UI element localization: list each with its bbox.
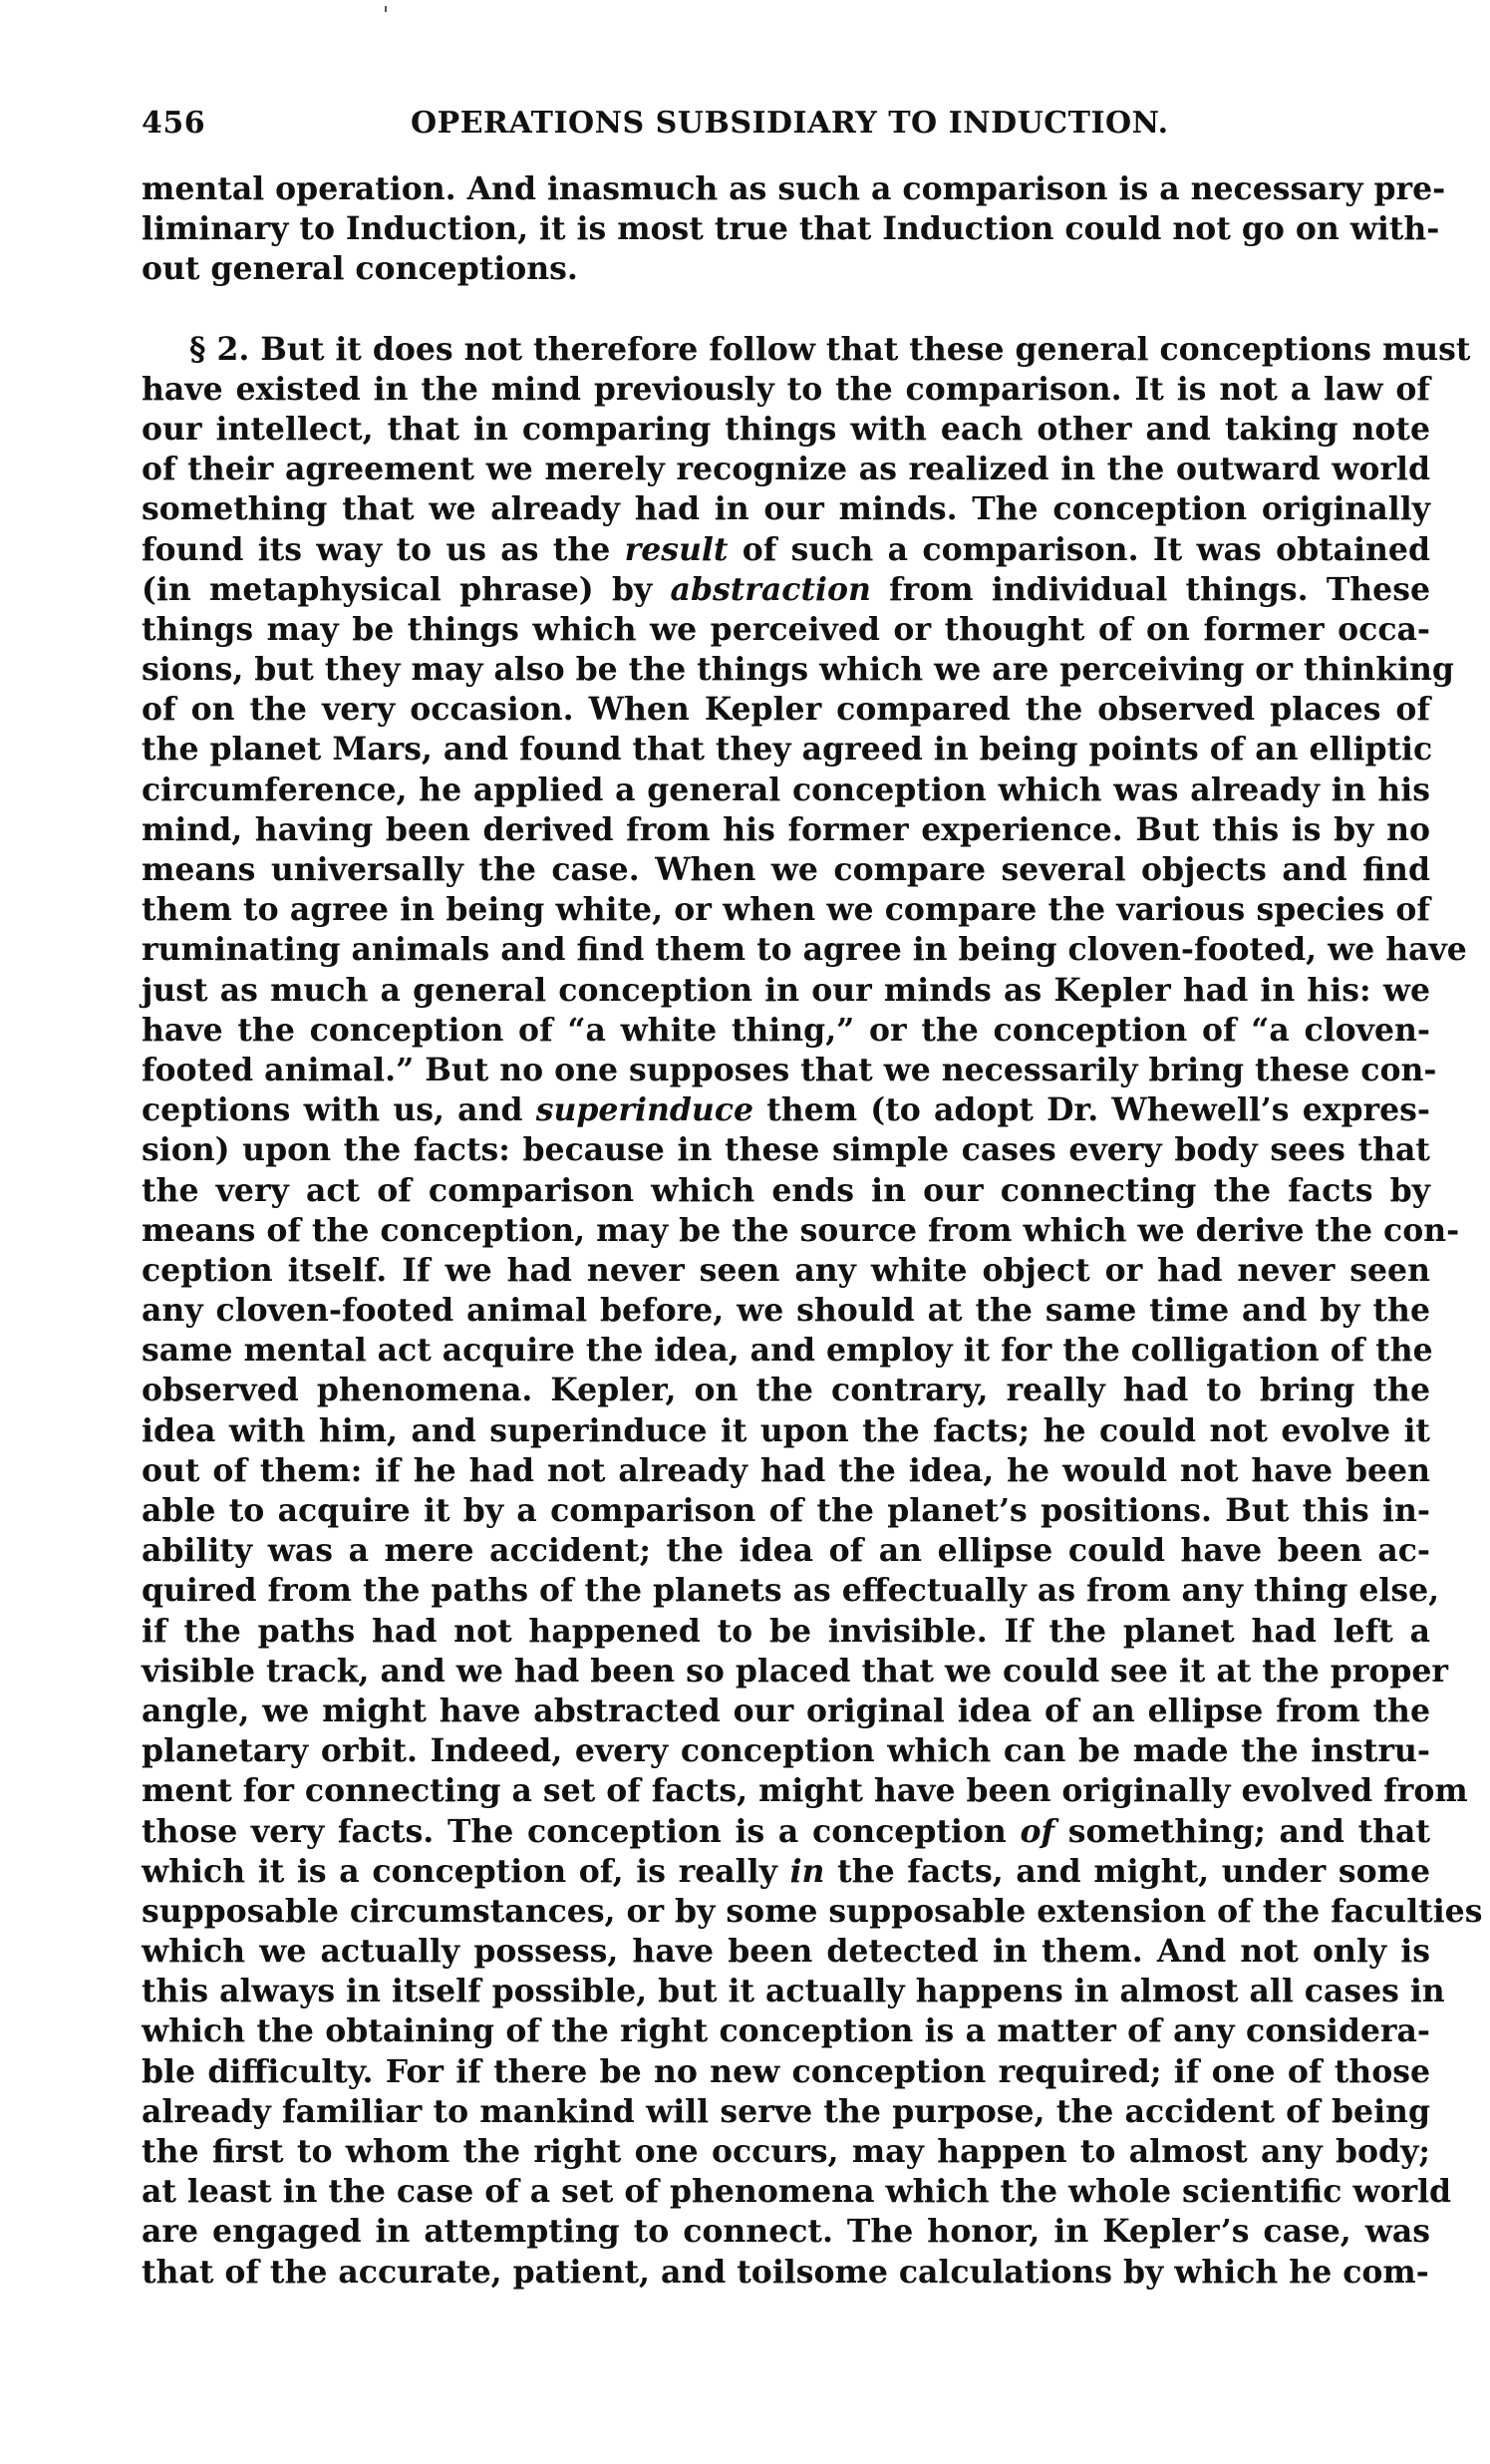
text-line: this always in itself possible, but it a… (142, 1972, 1430, 2011)
text-line: the planet Mars, and found that they agr… (142, 730, 1430, 770)
text-line: which we actually possess, have been det… (142, 1932, 1430, 1972)
italic-emphasis: of (1021, 1813, 1055, 1850)
text-line: visible track, and we had been so placed… (142, 1652, 1430, 1692)
text-line: already familiar to mankind will serve t… (142, 2092, 1430, 2132)
text-line: means universally the case. When we comp… (142, 850, 1430, 890)
text-line: quired from the paths of the planets as … (142, 1571, 1430, 1611)
text-line: are engaged in attempting to connect. Th… (142, 2212, 1430, 2252)
text-line: angle, we might have abstracted our orig… (142, 1692, 1430, 1731)
text-line: ceptions with us, and superinduce them (… (142, 1090, 1430, 1130)
running-title: OPERATIONS SUBSIDIARY TO INDUCTION. (411, 106, 1169, 141)
text-line: just as much a general conception in our… (142, 971, 1430, 1011)
text-line: supposable circumstances, or by some sup… (142, 1892, 1430, 1932)
text-line: ble difficulty. For if there be no new c… (142, 2052, 1430, 2092)
text-line: able to acquire it by a comparison of th… (142, 1491, 1430, 1531)
text-line: circumference, he applied a general conc… (142, 770, 1430, 810)
italic-emphasis: in (790, 1853, 825, 1890)
text-line: out general conceptions. (142, 249, 1430, 289)
text-line: which the obtaining of the right concept… (142, 2011, 1430, 2051)
text-line: that of the accurate, patient, and toils… (142, 2253, 1430, 2293)
text-line: any cloven-footed animal before, we shou… (142, 1291, 1430, 1331)
text-line: have the conception of “a white thing,” … (142, 1011, 1430, 1051)
text-line: mind, having been derived from his forme… (142, 810, 1430, 850)
text-line: observed phenomena. Kepler, on the contr… (142, 1371, 1430, 1410)
text-line: at least in the case of a set of phenome… (142, 2172, 1430, 2212)
text-line: mental operation. And inasmuch as such a… (142, 169, 1430, 209)
italic-emphasis: result (625, 531, 729, 568)
text-line: of on the very occasion. When Kepler com… (142, 690, 1430, 730)
text-line: the first to whom the right one occurs, … (142, 2132, 1430, 2172)
text-line: (in metaphysical phrase) by abstraction … (142, 570, 1430, 610)
text-line: ruminating animals and find them to agre… (142, 930, 1430, 970)
text-line: planetary orbit. Indeed, every conceptio… (142, 1731, 1430, 1771)
text-line: those very facts. The conception is a co… (142, 1812, 1430, 1852)
text-line: § 2. But it does not therefore follow th… (142, 330, 1430, 370)
paragraph-section-2: § 2. But it does not therefore follow th… (142, 330, 1430, 2293)
text-line: out of them: if he had not already had t… (142, 1451, 1430, 1491)
text-line: have existed in the mind previously to t… (142, 370, 1430, 410)
page-number: 456 (142, 106, 205, 141)
italic-emphasis: superinduce (536, 1091, 753, 1128)
text-line: liminary to Induction, it is most true t… (142, 209, 1430, 249)
page-body: mental operation. And inasmuch as such a… (142, 169, 1430, 2293)
text-line: the very act of comparison which ends in… (142, 1171, 1430, 1211)
text-line: found its way to us as the result of suc… (142, 530, 1430, 570)
text-line: ability was a mere accident; the idea of… (142, 1531, 1430, 1571)
text-line: sions, but they may also be the things w… (142, 650, 1430, 690)
scan-speck (385, 6, 387, 12)
text-line: ception itself. If we had never seen any… (142, 1251, 1430, 1291)
text-line: idea with him, and superinduce it upon t… (142, 1411, 1430, 1451)
text-line: footed animal.” But no one supposes that… (142, 1051, 1430, 1090)
text-line: them to agree in being white, or when we… (142, 890, 1430, 930)
text-line: if the paths had not happened to be invi… (142, 1612, 1430, 1652)
text-line: means of the conception, may be the sour… (142, 1211, 1430, 1251)
book-page: 456 OPERATIONS SUBSIDIARY TO INDUCTION. … (0, 0, 1490, 2464)
paragraph-continued: mental operation. And inasmuch as such a… (142, 169, 1430, 290)
paragraph-gap (142, 290, 1430, 330)
text-line: which it is a conception of, is really i… (142, 1852, 1430, 1892)
italic-emphasis: abstraction (671, 571, 871, 608)
text-line: sion) upon the facts: because in these s… (142, 1130, 1430, 1170)
text-line: things may be things which we perceived … (142, 610, 1430, 650)
text-line: of their agreement we merely recognize a… (142, 450, 1430, 489)
text-line: ment for connecting a set of facts, migh… (142, 1771, 1430, 1811)
text-line: something that we already had in our min… (142, 489, 1430, 529)
running-header: 456 OPERATIONS SUBSIDIARY TO INDUCTION. (142, 106, 1430, 150)
text-line: same mental act acquire the idea, and em… (142, 1331, 1430, 1371)
text-line: our intellect, that in comparing things … (142, 410, 1430, 450)
